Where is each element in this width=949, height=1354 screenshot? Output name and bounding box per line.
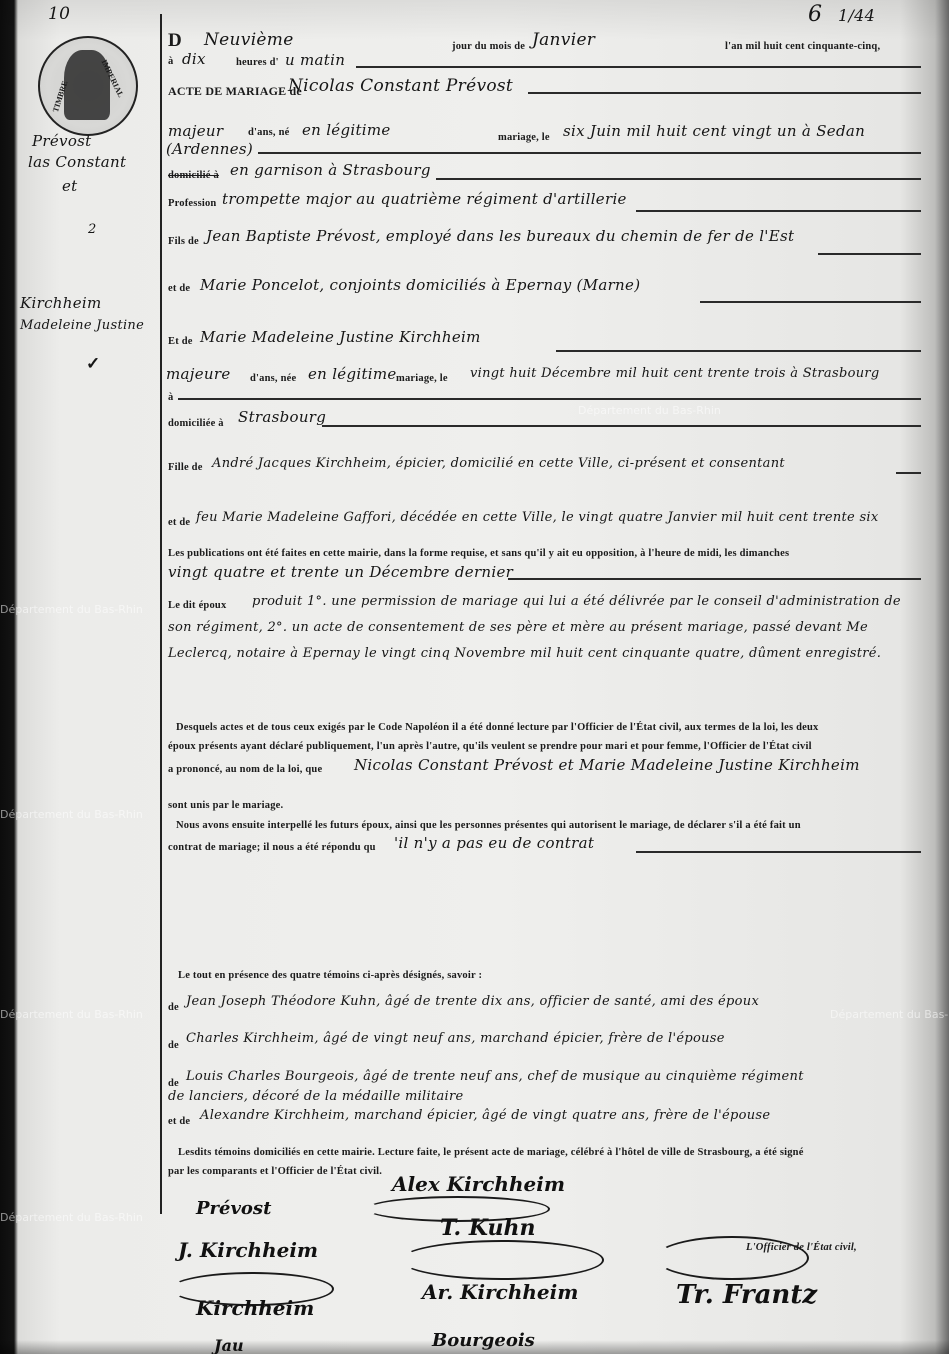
scanned-register-page: 10 6 1/44 TIMBRE IMPERIAL Prévost las Co… xyxy=(0,0,949,1354)
day-value: Neuvième xyxy=(204,30,294,50)
watermark: Département du Bas-Rhin xyxy=(0,808,143,821)
groom-mother-value: Marie Poncelot, conjoints domiciliés à E… xyxy=(200,276,640,294)
fill-line xyxy=(636,210,921,212)
hour-suffix-value: u matin xyxy=(285,51,345,69)
publications-text: Les publications ont été faites en cette… xyxy=(168,548,789,559)
act-number: 6 xyxy=(808,2,822,27)
groom-age-value: majeur xyxy=(168,122,223,140)
groom-full-name: Nicolas Constant Prévost xyxy=(288,76,513,96)
contract-line-1: Nous avons ensuite interpellé les futurs… xyxy=(176,820,801,831)
closing-line-1: Lesdits témoins domiciliés en cette mair… xyxy=(178,1147,804,1158)
bride-intro-label: Et de xyxy=(168,336,193,347)
watermark: Département du Bas-Rhin xyxy=(830,1008,949,1021)
signature-right-3: Ar. Kirchheim xyxy=(422,1280,578,1304)
witness-1: Jean Joseph Théodore Kuhn, âgé de trente… xyxy=(186,994,759,1009)
page-number: 10 xyxy=(48,4,70,24)
officer-signature-flourish xyxy=(655,1236,809,1280)
witness-2: Charles Kirchheim, âgé de vingt neuf ans… xyxy=(186,1031,725,1046)
groom-mother-label: et de xyxy=(168,283,190,294)
watermark: Département du Bas-Rhin xyxy=(578,404,721,417)
signature-left-1: Prévost xyxy=(196,1198,271,1219)
declaration-line-2: époux présents ayant déclaré publiquemen… xyxy=(168,741,812,752)
groom-birth-date-place: six Juin mil huit cent vingt un à Sedan xyxy=(563,122,865,140)
margin-groom-surname: Prévost xyxy=(32,132,91,150)
day-prefix: D xyxy=(168,30,182,52)
groom-birth-label: mariage, le xyxy=(498,132,550,143)
signature-left-4: Jau xyxy=(214,1336,244,1354)
groom-age-label: d'ans, né xyxy=(248,127,289,138)
fill-line xyxy=(178,398,921,400)
closing-line-2: par les comparants et l'Officier de l'Ét… xyxy=(168,1166,382,1177)
watermark: Département du Bas-Rhin xyxy=(0,603,143,616)
fill-line xyxy=(896,472,921,474)
contract-line-2: contrat de mariage; il nous a été répond… xyxy=(168,842,376,853)
fill-line xyxy=(636,851,921,853)
groom-domicile-label: domicilié à xyxy=(168,170,219,181)
bride-age-label: d'ans, née xyxy=(250,373,296,384)
fill-line xyxy=(818,253,921,255)
margin-checkmark-icon: ✓ xyxy=(86,354,101,374)
hour-value: dix xyxy=(182,50,206,68)
day-of-month-label: jour du mois de xyxy=(452,41,525,52)
margin-mark: 2 xyxy=(88,222,97,237)
margin-connector: et xyxy=(62,177,78,195)
groom-father-value: Jean Baptiste Prévost, employé dans les … xyxy=(206,227,794,245)
imperial-stamp-icon: TIMBRE IMPERIAL xyxy=(38,36,138,136)
bride-father-label: Fille de xyxy=(168,462,203,473)
witness-4-prefix: et de xyxy=(168,1116,190,1127)
publications-dates: vingt quatre et trente un Décembre derni… xyxy=(168,563,513,581)
year-label: l'an mil huit cent cinquante-cinq, xyxy=(725,41,880,52)
bride-birthplace-prefix: à xyxy=(168,392,173,403)
act-title: ACTE DE MARIAGE de xyxy=(168,84,302,99)
margin-groom-given: las Constant xyxy=(28,153,126,171)
fill-line xyxy=(528,92,921,94)
witness-1-prefix: de xyxy=(168,1002,179,1013)
fill-line xyxy=(356,66,921,68)
bride-domicile-label: domiciliée à xyxy=(168,418,224,429)
signature-flourish xyxy=(400,1240,604,1280)
fill-line xyxy=(436,178,921,180)
witness-3-continuation: de lanciers, décoré de la médaille milit… xyxy=(168,1089,464,1104)
fill-line xyxy=(322,425,921,427)
groom-domicile-value: en garnison à Strasbourg xyxy=(230,161,431,179)
groom-father-label: Fils de xyxy=(168,236,199,247)
witness-2-prefix: de xyxy=(168,1040,179,1051)
signature-left-3: Kirchheim xyxy=(196,1296,314,1320)
bride-full-name: Marie Madeleine Justine Kirchheim xyxy=(200,328,481,346)
witness-3: Louis Charles Bourgeois, âgé de trente n… xyxy=(186,1069,804,1084)
margin-bride-surname: Kirchheim xyxy=(20,294,102,312)
documents-line-2: son régiment, 2°. un acte de consentemen… xyxy=(168,620,868,635)
scan-shadow-top xyxy=(0,0,949,40)
officer-signature: Tr. Frantz xyxy=(676,1280,817,1310)
spouses-names: Nicolas Constant Prévost et Marie Madele… xyxy=(354,756,860,774)
signature-right-4: Bourgeois xyxy=(432,1330,535,1351)
signature-left-2: J. Kirchheim xyxy=(178,1238,318,1262)
hour-label: heures d' xyxy=(236,57,279,68)
fill-line xyxy=(556,350,921,352)
witness-3-prefix: de xyxy=(168,1078,179,1089)
documents-line-3: Leclercq, notaire à Epernay le vingt cin… xyxy=(168,646,881,661)
groom-department: (Ardennes) xyxy=(166,140,253,158)
margin-bride-given: Madeleine Justine xyxy=(20,318,144,333)
witnesses-intro: Le tout en présence des quatre témoins c… xyxy=(178,970,482,981)
declaration-line-4: sont unis par le mariage. xyxy=(168,800,283,811)
witness-4: Alexandre Kirchheim, marchand épicier, â… xyxy=(200,1108,770,1123)
documents-label: Le dit époux xyxy=(168,600,226,611)
fill-line xyxy=(700,301,921,303)
declaration-line-3: a prononcé, au nom de la loi, que xyxy=(168,764,322,775)
bride-father-value: André Jacques Kirchheim, épicier, domici… xyxy=(212,456,785,471)
margin-divider xyxy=(160,14,162,1214)
bride-domicile-value: Strasbourg xyxy=(238,408,326,426)
corner-mark: 1/44 xyxy=(838,6,875,25)
profession-value: trompette major au quatrième régiment d'… xyxy=(222,190,627,208)
bride-birth-label: mariage, le xyxy=(396,373,448,384)
declaration-line-1: Desquels actes et de tous ceux exigés pa… xyxy=(176,722,819,733)
watermark: Département du Bas-Rhin xyxy=(0,1211,143,1224)
hour-prefix: à xyxy=(168,56,173,67)
bride-birth-date-place: vingt huit Décembre mil huit cent trente… xyxy=(470,366,880,381)
fill-line xyxy=(508,578,921,580)
documents-line-1: produit 1°. une permission de mariage qu… xyxy=(252,594,901,609)
profession-label: Profession xyxy=(168,198,216,209)
fill-line xyxy=(258,152,921,154)
bride-age-value: majeure xyxy=(166,365,231,383)
bride-mother-value: feu Marie Madeleine Gaffori, décédée en … xyxy=(196,510,879,525)
watermark: Département du Bas-Rhin xyxy=(0,1008,143,1021)
bride-birth-status: en légitime xyxy=(308,365,397,383)
signature-right-2: T. Kuhn xyxy=(440,1215,535,1241)
contract-answer: 'il n'y a pas eu de contrat xyxy=(394,834,594,852)
groom-birth-status: en légitime xyxy=(302,121,391,139)
bride-mother-label: et de xyxy=(168,517,190,528)
month-value: Janvier xyxy=(532,30,595,50)
signature-right-1: Alex Kirchheim xyxy=(392,1172,565,1196)
